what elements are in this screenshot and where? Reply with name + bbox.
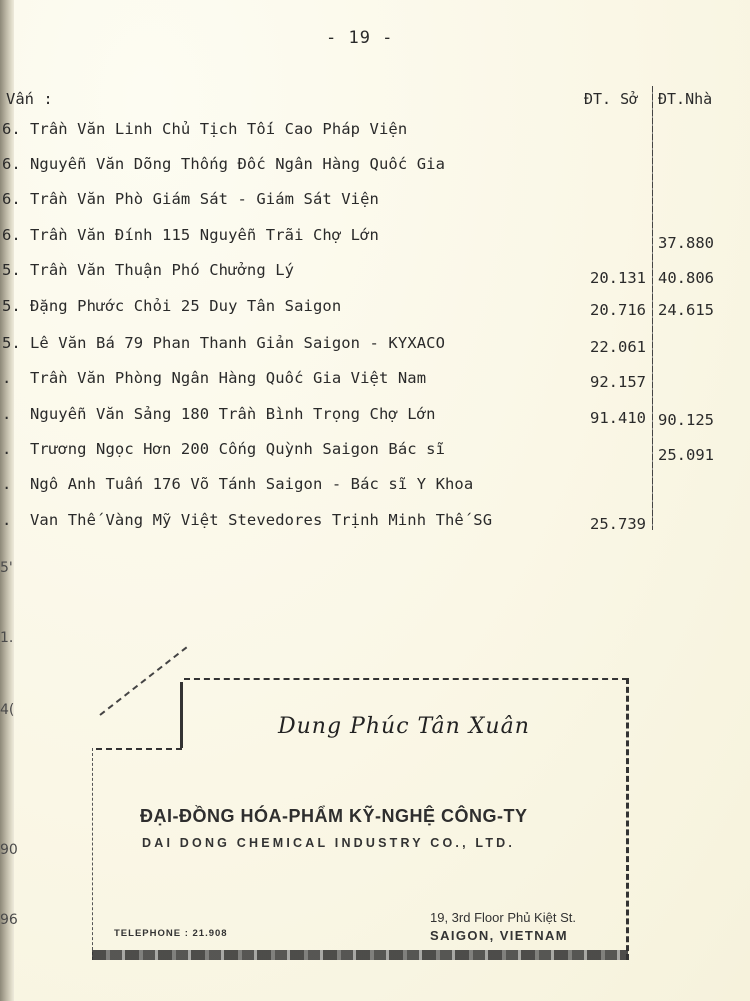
page-number: - 19 - [326,28,393,48]
entry-text: Trương Ngọc Hơn 200 Cống Quỳnh Saigon Bá… [30,440,445,458]
card-border [184,678,628,680]
card-address-line2: SAIGON, VIETNAM [430,928,568,943]
card-script-name: Dung Phúc Tân Xuân [278,714,530,739]
entry-number: . [2,405,11,423]
entry-number: 5. [2,261,21,279]
entry-text: Trần Văn Thuận Phó Chưởng Lý [30,261,294,279]
entry-number: 5. [2,297,21,315]
column-header-office-phone: ĐT. Sở [584,90,638,108]
entry-text: Trần Văn Linh Chủ Tịch Tối Cao Pháp Viện [30,120,407,138]
list-item: . Van Thế Vàng Mỹ Việt Stevedores Trịnh … [0,511,750,541]
entry-text: Trần Văn Phòng Ngân Hàng Quốc Gia Việt N… [30,369,426,387]
entry-home-phone: 90.125 [658,411,714,429]
card-folded-corner [96,748,182,750]
list-item: . Ngô Anh Tuấn 176 Võ Tánh Saigon - Bác … [0,475,750,505]
entry-number: . [2,475,11,493]
list-item: 6. Trần Văn Linh Chủ Tịch Tối Cao Pháp V… [0,120,750,150]
list-item: 6. Trần Văn Phò Giám Sát - Giám Sát Viện [0,190,750,220]
card-folded-corner [180,682,183,748]
entry-home-phone: 24.615 [658,301,714,319]
entry-office-phone: 20.131 [590,269,646,287]
card-company-name-vietnamese: ĐẠI-ĐỒNG HÓA-PHẨM KỸ-NGHỆ CÔNG-TY [140,806,528,827]
business-card: Dung Phúc Tân Xuân ĐẠI-ĐỒNG HÓA-PHẨM KỸ-… [92,678,628,966]
entry-number: 6. [2,120,21,138]
entry-text: Nguyễn Văn Sảng 180 Trần Bình Trọng Chợ … [30,405,436,423]
entry-office-phone: 22.061 [590,338,646,356]
entry-office-phone: 91.410 [590,409,646,427]
card-border [92,748,93,960]
entry-number: 6. [2,190,21,208]
entry-number: 6. [2,155,21,173]
entry-office-phone: 92.157 [590,373,646,391]
entry-number: . [2,511,11,529]
entry-text: Nguyễn Văn Dõng Thống Đốc Ngân Hàng Quốc… [30,155,445,173]
entry-home-phone: 40.806 [658,269,714,287]
card-border [626,678,629,960]
list-item: 6. Nguyễn Văn Dõng Thống Đốc Ngân Hàng Q… [0,155,750,185]
section-heading: Vấn : [6,90,53,108]
entry-home-phone: 37.880 [658,234,714,252]
list-item: . Trần Văn Phòng Ngân Hàng Quốc Gia Việt… [0,369,750,399]
card-bottom-edge [92,950,628,960]
margin-fragment: 1. [0,630,13,646]
entry-text: Ngô Anh Tuấn 176 Võ Tánh Saigon - Bác sĩ… [30,475,473,493]
card-address-line1: 19, 3rd Floor Phủ Kiệt St. [430,910,576,925]
list-item: 5. Trần Văn Thuận Phó Chưởng Lý 20.131 4… [0,261,750,291]
margin-fragment: 96 [0,912,18,928]
entry-text: Đặng Phước Chỏi 25 Duy Tân Saigon [30,297,341,315]
column-header-home-phone: ĐT.Nhà [658,90,712,108]
list-item: . Nguyễn Văn Sảng 180 Trần Bình Trọng Ch… [0,405,750,435]
entry-number: 6. [2,226,21,244]
entry-text: Lê Văn Bá 79 Phan Thanh Giản Saigon - KY… [30,334,445,352]
entry-number: . [2,440,11,458]
entry-office-phone: 20.716 [590,301,646,319]
list-item: 6. Trần Văn Đính 115 Nguyễn Trãi Chợ Lớn… [0,226,750,256]
entry-office-phone: 25.739 [590,515,646,533]
list-item: 5. Đặng Phước Chỏi 25 Duy Tân Saigon 20.… [0,297,750,327]
entry-home-phone: 25.091 [658,446,714,464]
entry-text: Van Thế Vàng Mỹ Việt Stevedores Trịnh Mi… [30,511,492,529]
entry-text: Trần Văn Đính 115 Nguyễn Trãi Chợ Lớn [30,226,379,244]
margin-fragment: 4( [0,702,14,718]
list-item: . Trương Ngọc Hơn 200 Cống Quỳnh Saigon … [0,440,750,470]
margin-fragment: 5' [0,560,13,576]
margin-fragment: 90 [0,842,18,858]
card-telephone: TELEPHONE : 21.908 [114,928,228,939]
entry-number: . [2,369,11,387]
list-item: 5. Lê Văn Bá 79 Phan Thanh Giản Saigon -… [0,334,750,364]
entry-number: 5. [2,334,21,352]
card-company-name-english: DAI DONG CHEMICAL INDUSTRY CO., LTD. [142,836,515,850]
entry-text: Trần Văn Phò Giám Sát - Giám Sát Viện [30,190,379,208]
